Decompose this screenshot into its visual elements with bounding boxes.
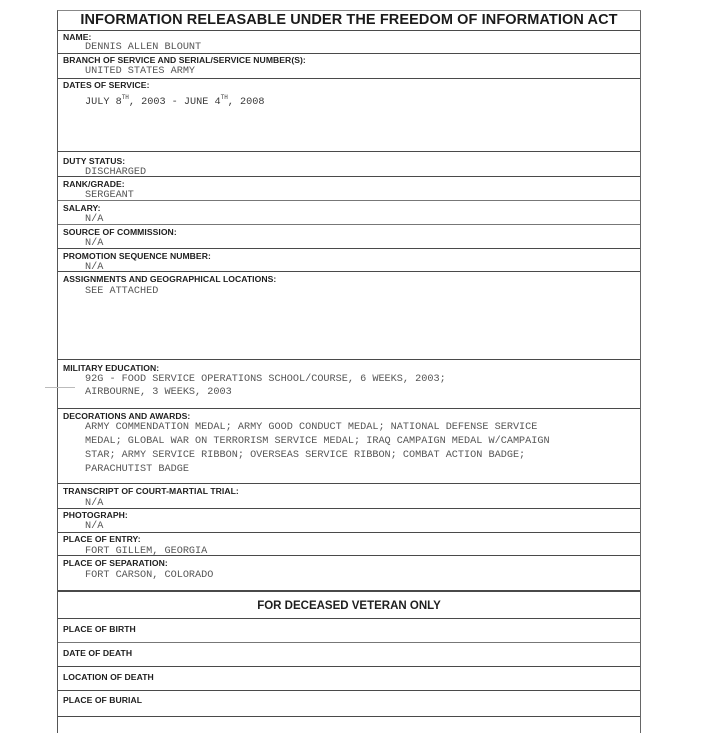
divider [58,78,640,79]
decorations-line-1: ARMY COMMENDATION MEDAL; ARMY GOOD CONDU… [85,421,537,435]
assignments-value: SEE ATTACHED [85,285,158,299]
place-of-birth-label: PLACE OF BIRTH [63,624,136,634]
date-of-death-label: DATE OF DEATH [63,648,132,658]
divider [58,200,640,201]
divider [58,30,640,31]
dates-label: DATES OF SERVICE: [63,80,149,90]
scan-artifact [45,387,75,388]
decorations-line-2: MEDAL; GLOBAL WAR ON TERRORISM SERVICE M… [85,435,550,449]
divider [58,359,640,360]
deceased-section-heading: FOR DECEASED VETERAN ONLY [58,600,640,612]
divider [58,590,640,592]
place-of-burial-label: PLACE OF BURIAL [63,695,142,705]
divider [58,271,640,272]
place-of-entry-label: PLACE OF ENTRY: [63,534,141,544]
divider [58,151,640,152]
education-line-1: 92G - FOOD SERVICE OPERATIONS SCHOOL/COU… [85,373,446,387]
divider [58,716,640,717]
place-of-entry-value: FORT GILLEM, GEORGIA [85,545,207,559]
branch-value: UNITED STATES ARMY [85,65,195,79]
divider [58,224,640,225]
decorations-line-4: PARACHUTIST BADGE [85,463,189,477]
divider [58,690,640,691]
decorations-label: DECORATIONS AND AWARDS: [63,411,190,421]
salary-label: SALARY: [63,203,101,213]
photograph-label: PHOTOGRAPH: [63,510,128,520]
foia-form: INFORMATION RELEASABLE UNDER THE FREEDOM… [57,10,641,733]
duty-status-label: DUTY STATUS: [63,156,125,166]
divider [58,642,640,643]
place-of-separation-label: PLACE OF SEPARATION: [63,558,168,568]
assignments-label: ASSIGNMENTS AND GEOGRAPHICAL LOCATIONS: [63,274,276,284]
promotion-value: N/A [85,261,103,275]
divider [58,408,640,409]
divider [58,618,640,619]
divider [58,508,640,509]
end-date-suffix: TH [221,94,228,101]
promotion-label: PROMOTION SEQUENCE NUMBER: [63,251,211,261]
branch-label: BRANCH OF SERVICE AND SERIAL/SERVICE NUM… [63,55,306,65]
divider [58,666,640,667]
duty-status-value: DISCHARGED [85,166,146,180]
transcript-label: TRANSCRIPT OF COURT-MARTIAL TRIAL: [63,486,239,496]
divider [58,555,640,556]
start-date-suffix: TH [122,94,129,101]
start-date: JULY 8 [85,97,122,108]
place-of-separation-value: FORT CARSON, COLORADO [85,569,213,583]
divider [58,483,640,484]
form-title: INFORMATION RELEASABLE UNDER THE FREEDOM… [58,12,640,28]
location-of-death-label: LOCATION OF DEATH [63,672,154,682]
start-year-end-date: , 2003 - JUNE 4 [129,97,221,108]
rank-label: RANK/GRADE: [63,179,125,189]
divider [58,532,640,533]
decorations-line-3: STAR; ARMY SERVICE RIBBON; OVERSEAS SERV… [85,449,525,463]
education-line-2: AIRBOURNE, 3 WEEKS, 2003 [85,386,232,400]
education-label: MILITARY EDUCATION: [63,363,159,373]
divider [58,176,640,177]
end-year: , 2008 [228,97,265,108]
divider [58,53,640,54]
dates-value: JULY 8TH, 2003 - JUNE 4TH, 2008 [85,91,264,110]
divider [58,248,640,249]
commission-label: SOURCE OF COMMISSION: [63,227,177,237]
